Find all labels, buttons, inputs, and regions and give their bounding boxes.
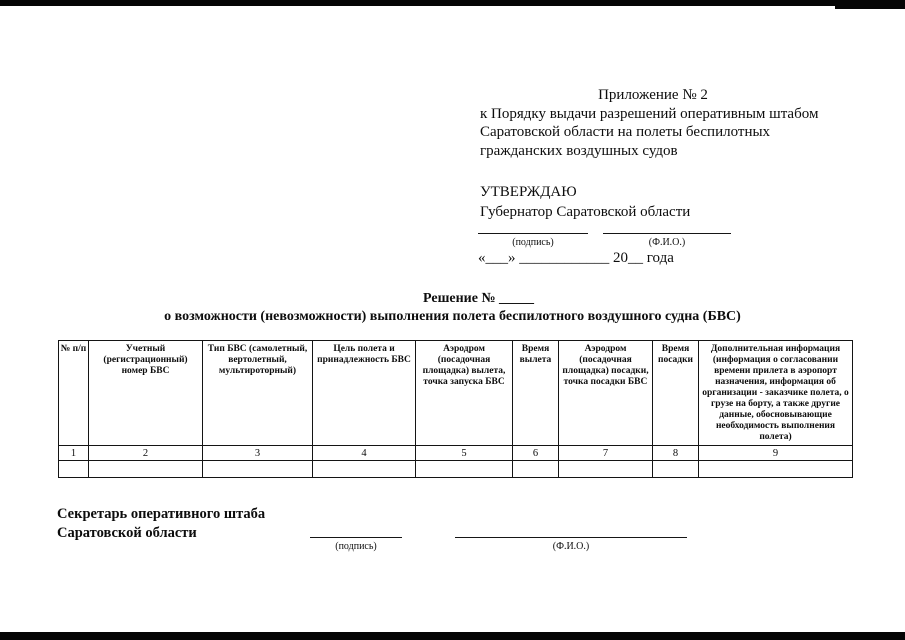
footer-signature-rule bbox=[310, 537, 402, 538]
column-number-cell: 8 bbox=[653, 446, 699, 461]
table-empty-cell bbox=[416, 461, 513, 478]
approval-signature-rule bbox=[478, 233, 588, 234]
table-header-row: № п/п Учетный (регистрационный) номер БВ… bbox=[59, 341, 853, 446]
appendix-line-3: гражданских воздушных судов bbox=[480, 142, 826, 161]
approval-approver: Губернатор Саратовской области bbox=[480, 203, 826, 223]
table-empty-cell bbox=[653, 461, 699, 478]
document-page: Приложение № 2 к Порядку выдачи разрешен… bbox=[0, 0, 905, 640]
table-empty-cell bbox=[559, 461, 653, 478]
table-numbers-row: 1 2 3 4 5 6 7 8 9 bbox=[59, 446, 853, 461]
column-number-cell: 5 bbox=[416, 446, 513, 461]
table-empty-cell bbox=[513, 461, 559, 478]
header-cell-additional-info: Дополнительная информация (информация о … bbox=[699, 341, 853, 446]
approval-date-line: «___» ____________ 20__ года bbox=[478, 250, 674, 267]
header-cell-number: № п/п bbox=[59, 341, 89, 446]
table-empty-cell bbox=[313, 461, 416, 478]
appendix-title: Приложение № 2 bbox=[480, 86, 826, 105]
header-cell-purpose: Цель полета и принадлежность БВС bbox=[313, 341, 416, 446]
scan-edge-top bbox=[0, 0, 905, 6]
secretary-block: Секретарь оперативного штаба Саратовской… bbox=[57, 505, 265, 542]
header-cell-uav-type: Тип БВС (самолетный, вертолетный, мульти… bbox=[203, 341, 313, 446]
footer-name-rule bbox=[455, 537, 687, 538]
header-cell-departure-time: Время вылета bbox=[513, 341, 559, 446]
table-empty-cell bbox=[59, 461, 89, 478]
column-number-cell: 1 bbox=[59, 446, 89, 461]
column-number-cell: 6 bbox=[513, 446, 559, 461]
approval-name-rule bbox=[603, 233, 731, 234]
decision-subtitle: о возможности (невозможности) выполнения… bbox=[0, 309, 905, 325]
approval-block: УТВЕРЖДАЮ Губернатор Саратовской области bbox=[480, 183, 826, 222]
column-number-cell: 9 bbox=[699, 446, 853, 461]
header-cell-landing-aerodrome: Аэродром (посадочная площадка) посадки, … bbox=[559, 341, 653, 446]
scan-edge-bottom bbox=[0, 632, 905, 640]
column-number-cell: 2 bbox=[89, 446, 203, 461]
footer-signature-caption: (подпись) bbox=[310, 541, 402, 552]
column-number-cell: 7 bbox=[559, 446, 653, 461]
column-number-cell: 3 bbox=[203, 446, 313, 461]
footer-name-caption: (Ф.И.О.) bbox=[455, 541, 687, 552]
decision-title: Решение № _____ bbox=[26, 291, 905, 307]
table-empty-cell bbox=[89, 461, 203, 478]
approval-signature-caption: (подпись) bbox=[478, 237, 588, 248]
approval-name-caption: (Ф.И.О.) bbox=[603, 237, 731, 248]
appendix-block: Приложение № 2 к Порядку выдачи разрешен… bbox=[480, 86, 826, 160]
header-cell-reg-number: Учетный (регистрационный) номер БВС bbox=[89, 341, 203, 446]
header-cell-departure-aerodrome: Аэродром (посадочная площадка) вылета, т… bbox=[416, 341, 513, 446]
table-empty-row bbox=[59, 461, 853, 478]
header-cell-landing-time: Время посадки bbox=[653, 341, 699, 446]
flight-decision-table: № п/п Учетный (регистрационный) номер БВ… bbox=[58, 340, 853, 478]
secretary-role-line-2: Саратовской области bbox=[57, 524, 265, 543]
table-empty-cell bbox=[699, 461, 853, 478]
secretary-role-line-1: Секретарь оперативного штаба bbox=[57, 505, 265, 524]
appendix-line-1: к Порядку выдачи разрешений оперативным … bbox=[480, 105, 826, 124]
column-number-cell: 4 bbox=[313, 446, 416, 461]
table-empty-cell bbox=[203, 461, 313, 478]
scan-edge-top-right bbox=[835, 0, 905, 9]
appendix-line-2: Саратовской области на полеты беспилотны… bbox=[480, 123, 826, 142]
approval-heading: УТВЕРЖДАЮ bbox=[480, 183, 826, 203]
